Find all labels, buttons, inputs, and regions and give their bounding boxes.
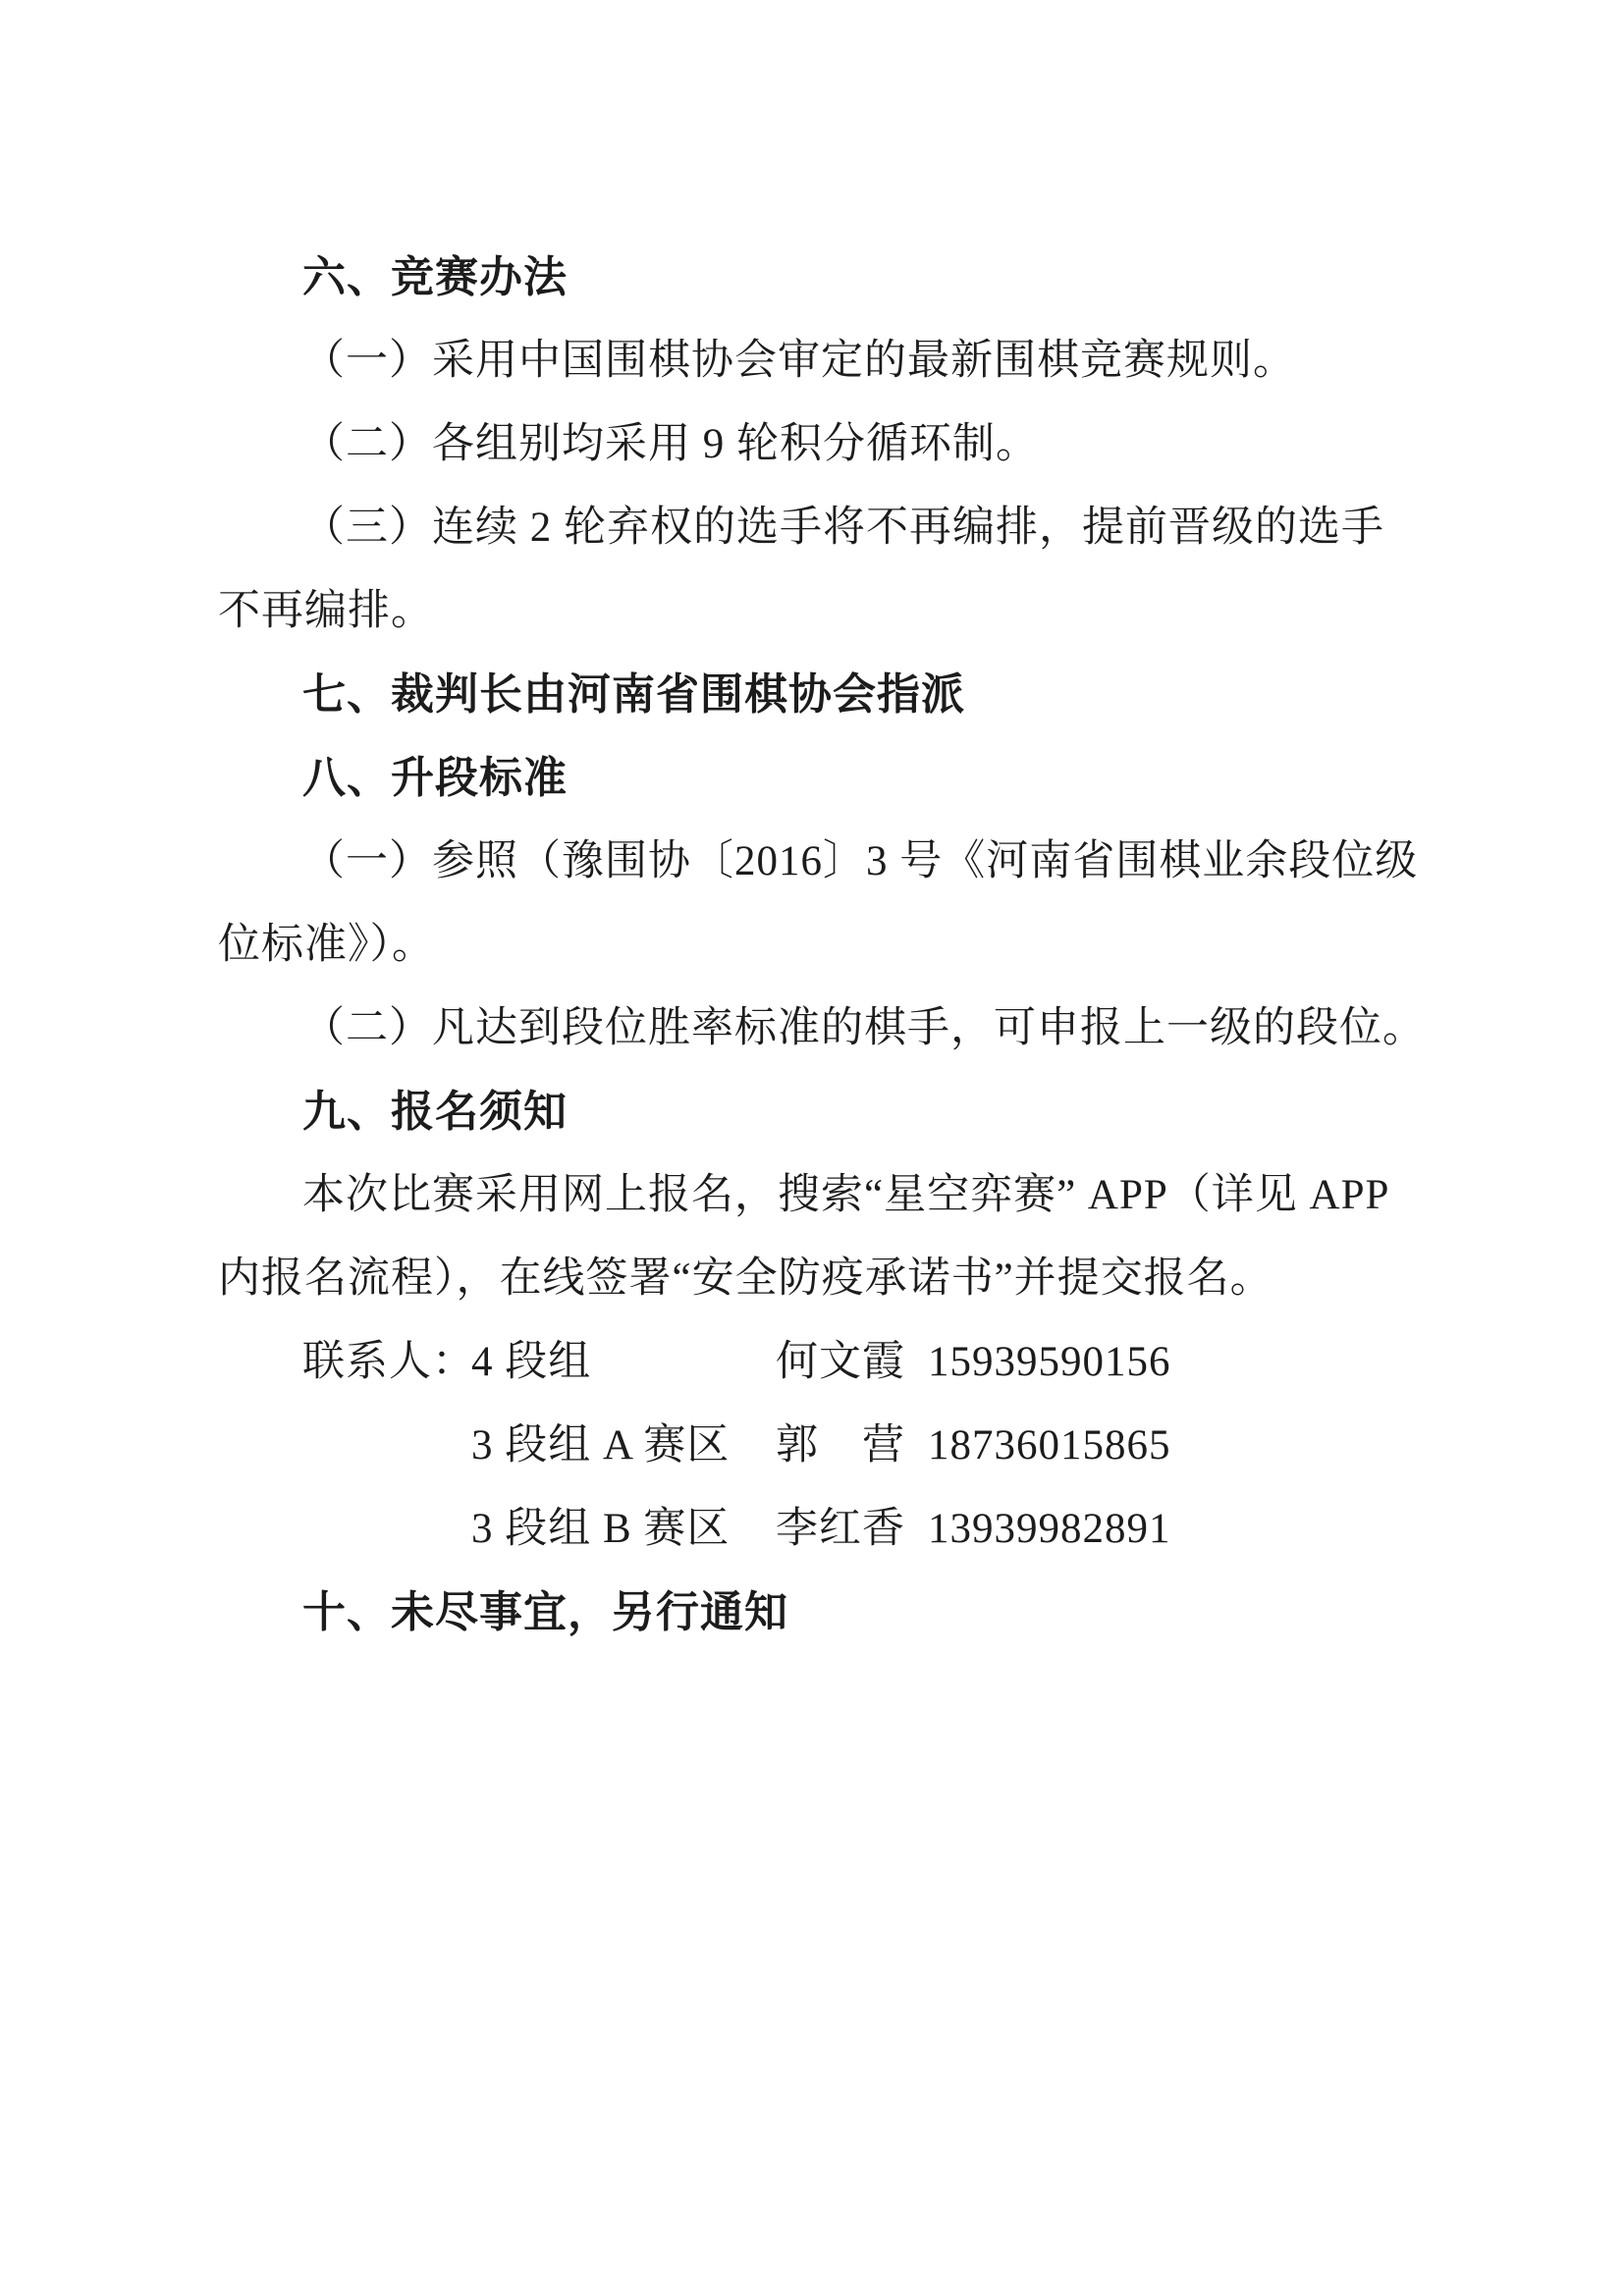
paragraph-line-promotion-2: （二）凡达到段位胜率标准的棋手，可申报上一级的段位。 [218,987,1426,1070]
paragraph-line-promotion-1a: （一）参照（豫围协〔2016〕3 号《河南省围棋业余段位级 [218,820,1426,903]
document-page: 六、竞赛办法 （一）采用中国围棋协会审定的最新围棋竞赛规则。 （二）各组别均采用… [0,0,1624,2296]
paragraph-line-registration-1a: 本次比赛采用网上报名，搜索“星空弈赛” APP（详见 APP [218,1153,1426,1237]
contact-group: 3 段组 B 赛区 [471,1487,730,1571]
contact-row: 3 段组 B 赛区 李红香 13939982891 [218,1487,1426,1571]
section-heading-ten: 十、未尽事宜，另行通知 [218,1571,1426,1654]
section-heading-seven: 七、裁判长由河南省围棋协会指派 [218,653,1426,736]
contact-phone: 15939590156 [928,1320,1171,1404]
document-content: 六、竞赛办法 （一）采用中国围棋协会审定的最新围棋竞赛规则。 （二）各组别均采用… [218,236,1426,1654]
contact-name: 何文霞 [776,1320,905,1404]
paragraph-line-rules-3b: 不再编排。 [218,569,1426,653]
contact-phone: 18736015865 [928,1404,1171,1487]
paragraph-line-rules-3a: （三）连续 2 轮弃权的选手将不再编排，提前晋级的选手 [218,486,1426,569]
contact-phone: 13939982891 [928,1487,1171,1571]
paragraph-line-rules-2: （二）各组别均采用 9 轮积分循环制。 [218,402,1426,486]
contact-name: 郭 营 [776,1404,905,1487]
contact-row: 联系人： 4 段组 何文霞 15939590156 [218,1320,1426,1404]
contact-prefix-label: 联系人： [302,1320,475,1404]
section-heading-six: 六、竞赛办法 [218,236,1426,319]
section-heading-nine: 九、报名须知 [218,1070,1426,1153]
section-heading-eight: 八、升段标准 [218,736,1426,820]
paragraph-line-promotion-1b: 位标准》）。 [218,903,1426,987]
contact-group: 3 段组 A 赛区 [471,1404,730,1487]
contact-group: 4 段组 [471,1320,591,1404]
paragraph-line-rules-1: （一）采用中国围棋协会审定的最新围棋竞赛规则。 [218,319,1426,402]
paragraph-line-registration-1b: 内报名流程），在线签署“安全防疫承诺书”并提交报名。 [218,1237,1426,1320]
contact-name: 李红香 [776,1487,905,1571]
contact-row: 3 段组 A 赛区 郭 营 18736015865 [218,1404,1426,1487]
